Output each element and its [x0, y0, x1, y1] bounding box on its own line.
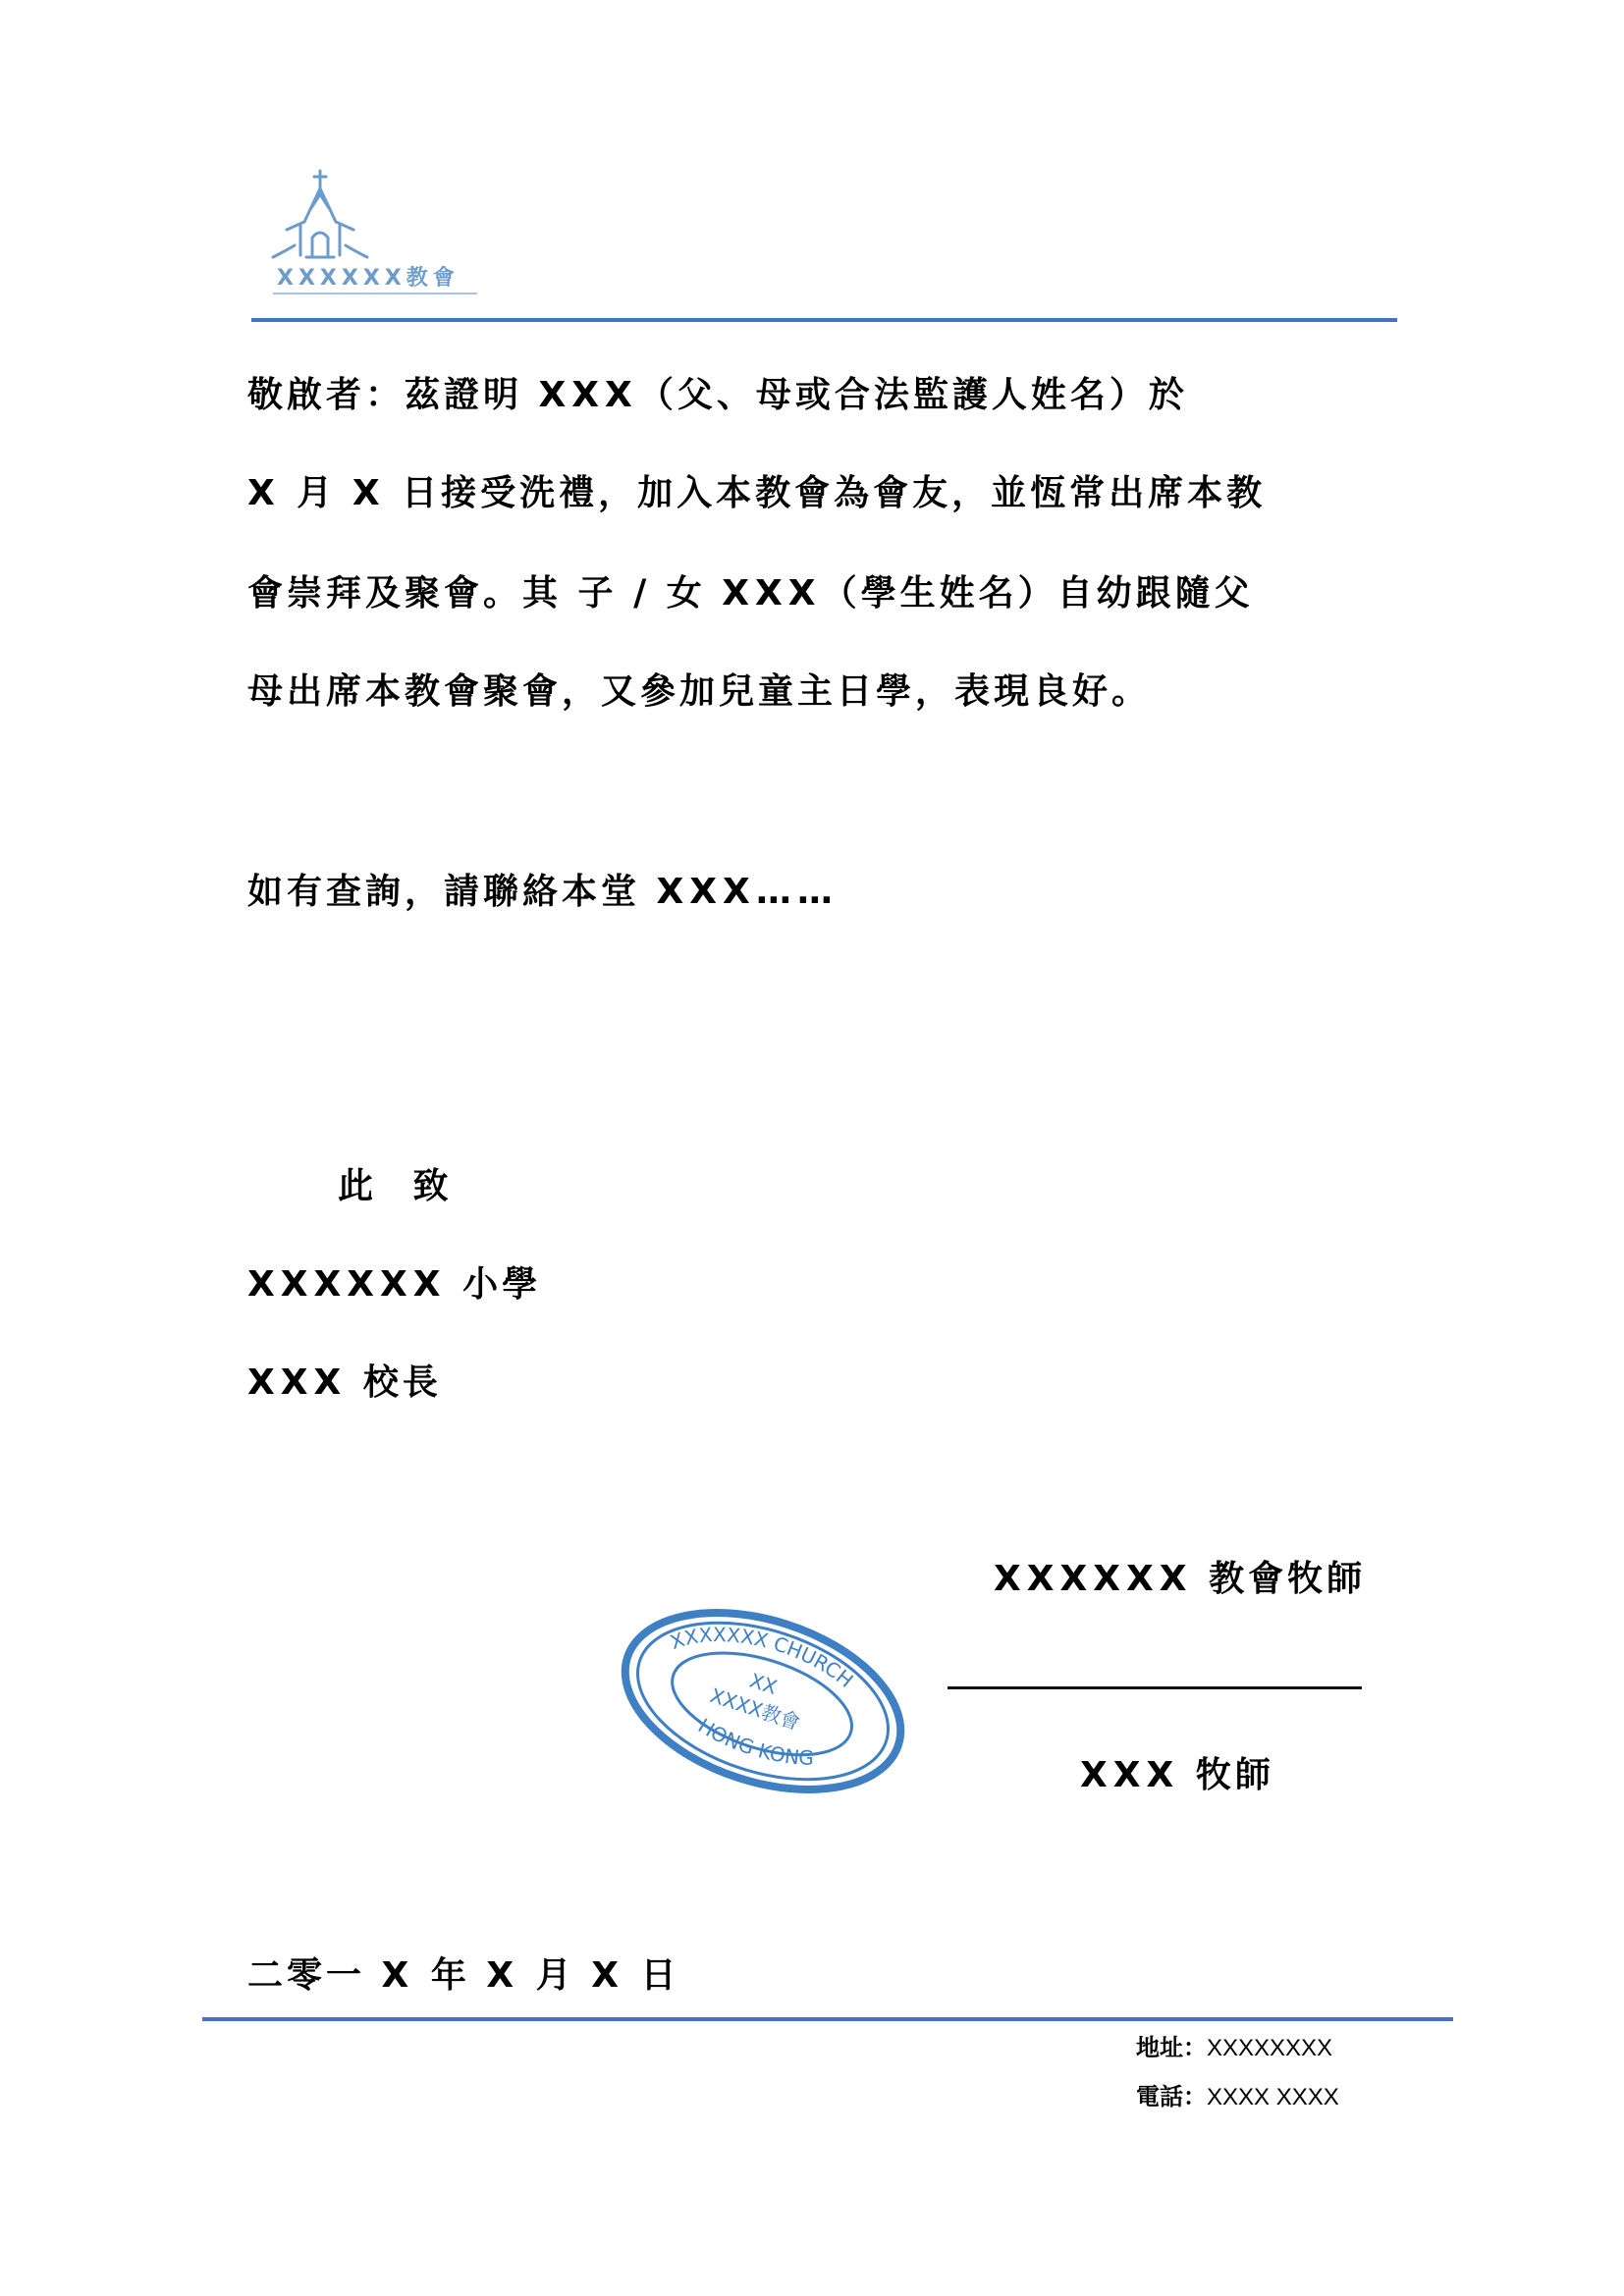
text: 教會牧師 — [1193, 1558, 1367, 1599]
text: 月 — [281, 472, 352, 513]
footer-rule — [202, 2017, 1453, 2021]
principal-placeholder: XXX — [247, 1362, 347, 1403]
text: 牧師 — [1179, 1754, 1274, 1795]
paragraph-line-2: X 月 X 日接受洗禮，加入本教會為會友，並恆常出席本教 — [247, 471, 1266, 515]
signature-name: XXX 牧師 — [1080, 1753, 1274, 1797]
text: 如有查詢，請聯絡本堂 — [247, 871, 657, 912]
text: 小學 — [447, 1263, 542, 1305]
signature-line — [947, 1686, 1362, 1689]
day-placeholder: X — [591, 1955, 624, 1996]
text: 年 — [414, 1954, 486, 1996]
text: 校長 — [347, 1362, 442, 1403]
inquiry-line: 如有查詢，請聯絡本堂 XXX…… — [247, 870, 839, 914]
recipient-school: XXXXXX 小學 — [247, 1262, 541, 1307]
church-logo: XXXXXX教會 — [265, 167, 481, 304]
recipient-principal: XXX 校長 — [247, 1361, 442, 1405]
month-placeholder: X — [247, 473, 281, 513]
parent-name-placeholder: XXX — [539, 375, 638, 415]
church-placeholder: XXXXXX — [994, 1559, 1193, 1599]
paragraph-line-1: 敬啟者：茲證明 XXX（父、母或合法監護人姓名）於 — [247, 373, 1188, 417]
paragraph-line-4: 母出席本教會聚會，又參加兒童主日學，表現良好。 — [247, 669, 1151, 713]
text: 日 — [624, 1954, 680, 1996]
logo-underline — [273, 293, 477, 294]
salutation: 此 致 — [338, 1164, 462, 1207]
footer-address: 地址：XXXXXXXX — [1136, 2028, 1332, 2062]
phone-label: 電話： — [1136, 2082, 1207, 2110]
text: 會崇拜及聚會。其 子 / 女 — [247, 572, 722, 614]
text: （學生姓名）自幼跟隨父 — [822, 572, 1254, 614]
contact-placeholder: XXX…… — [657, 872, 839, 912]
text: 敬啟者：茲證明 — [247, 374, 539, 415]
student-name-placeholder: XXX — [722, 573, 821, 614]
footer-phone: 電話：XXXX XXXX — [1136, 2077, 1339, 2111]
phone-value: XXXX XXXX — [1207, 2084, 1339, 2110]
text: 日接受洗禮，加入本教會為會友，並恆常出席本教 — [386, 472, 1267, 513]
year-placeholder: X — [382, 1955, 415, 1996]
stamp-icon: XXXXXXX CHURCH HONG KONG XX XXXX教會 — [611, 1598, 915, 1804]
logo-text: XXXXXX教會 — [277, 261, 460, 292]
month-placeholder: X — [486, 1955, 519, 1996]
signature-org: XXXXXX 教會牧師 — [994, 1557, 1366, 1601]
text: 母出席本教會聚會，又參加兒童主日學，表現良好。 — [247, 670, 1151, 712]
text: 二零一 — [247, 1954, 382, 1996]
text: 月 — [519, 1954, 591, 1996]
text: （父、母或合法監護人姓名）於 — [638, 374, 1188, 415]
pastor-placeholder: XXX — [1080, 1755, 1179, 1795]
day-placeholder: X — [352, 473, 386, 513]
paragraph-line-3: 會崇拜及聚會。其 子 / 女 XXX（學生姓名）自幼跟隨父 — [247, 571, 1254, 615]
header-rule — [251, 318, 1397, 322]
address-value: XXXXXXXX — [1207, 2035, 1332, 2061]
church-stamp: XXXXXXX CHURCH HONG KONG XX XXXX教會 — [611, 1598, 915, 1804]
letter-date: 二零一 X 年 X 月 X 日 — [247, 1953, 680, 1998]
school-placeholder: XXXXXX — [247, 1264, 447, 1305]
church-icon — [265, 167, 481, 265]
address-label: 地址： — [1136, 2033, 1207, 2061]
